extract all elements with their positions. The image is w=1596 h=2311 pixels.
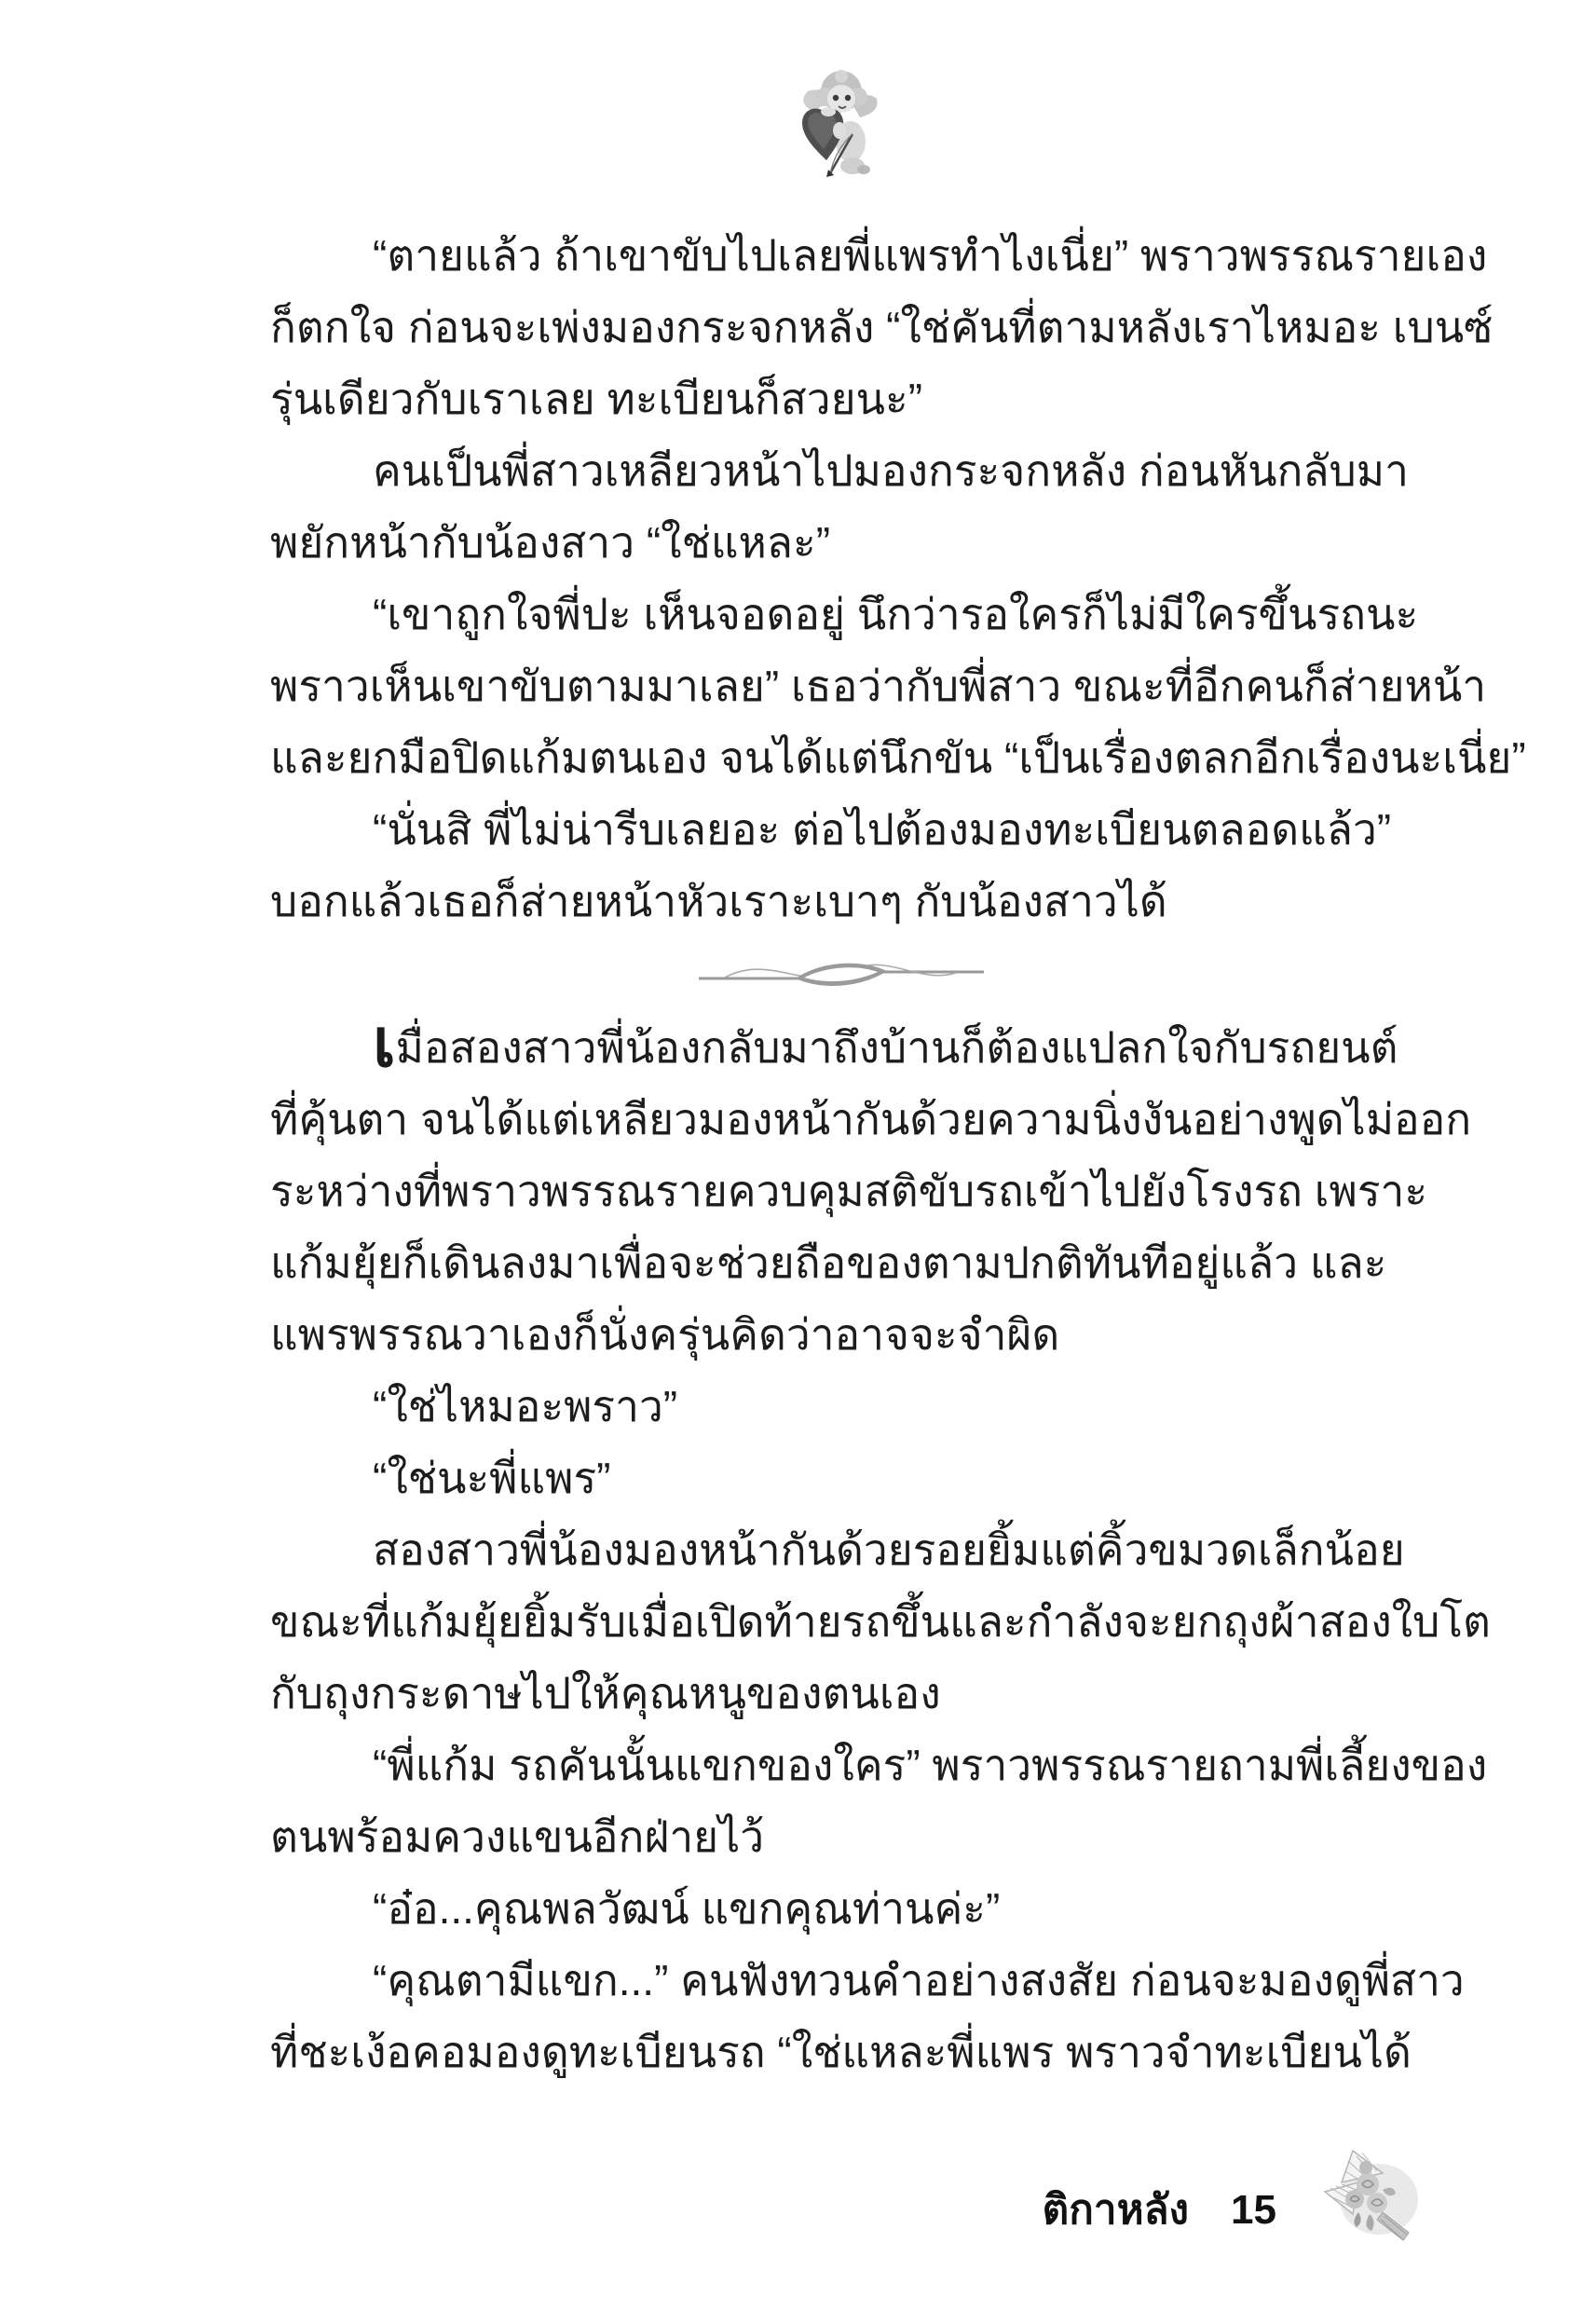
paragraph: “คุณตามีแขก...” คนฟังทวนคำอย่างสงสัย ก่อ…	[270, 1945, 1412, 2088]
text-line: ตนพร้อมควงแขนอีกฝ่ายไว้	[270, 1801, 1412, 1873]
text-line: ที่คุ้นตา จนได้แต่เหลียวมองหน้ากันด้วยคว…	[270, 1084, 1412, 1155]
paragraph: เมื่อสองสาวพี่น้องกลับมาถึงบ้านก็ต้องแปล…	[270, 1012, 1412, 1371]
paragraph: “ใช่นะพี่แพร”	[270, 1443, 1412, 1514]
book-page: “ตายแล้ว ถ้าเขาขับไปเลยพี่แพรทำไงเนี่ย” …	[0, 0, 1596, 2311]
text-line: พยักหน้ากับน้องสาว “ใช่แหละ”	[270, 507, 1412, 579]
text-line: “เขาถูกใจพี่ปะ เห็นจอดอยู่ นึกว่ารอใครก็…	[270, 579, 1412, 650]
text-line: คนเป็นพี่สาวเหลียวหน้าไปมองกระจกหลัง ก่อ…	[270, 435, 1412, 507]
text-line: และยกมือปิดแก้มตนเอง จนได้แต่นึกขัน “เป็…	[270, 722, 1412, 794]
text-line: บอกแล้วเธอก็ส่ายหน้าหัวเราะเบาๆ กับน้องส…	[270, 866, 1412, 937]
text-line: รุ่นเดียวกับเราเลย ทะเบียนก็สวยนะ”	[270, 363, 1412, 435]
paragraph: สองสาวพี่น้องมองหน้ากันด้วยรอยยิ้มแต่คิ้…	[270, 1514, 1412, 1730]
text-line: “คุณตามีแขก...” คนฟังทวนคำอย่างสงสัย ก่อ…	[270, 1945, 1412, 2017]
paragraph: “ใช่ไหมอะพราว”	[270, 1371, 1412, 1443]
text-line: “ตายแล้ว ถ้าเขาขับไปเลยพี่แพรทำไงเนี่ย” …	[270, 220, 1412, 292]
text-line: แพรพรรณวาเองก็นั่งครุ่นคิดว่าอาจจะจำผิด	[270, 1299, 1412, 1371]
text-line: “นั่นสิ พี่ไม่น่ารีบเลยอะ ต่อไปต้องมองทะ…	[270, 794, 1412, 866]
cupid-heart-icon	[795, 63, 884, 179]
text-line: แก้มยุ้ยก็เดินลงมาเพื่อจะช่วยถือของตามปก…	[270, 1227, 1412, 1299]
text-line: ขณะที่แก้มยุ้ยยิ้มรับเมื่อเปิดท้ายรถขึ้น…	[270, 1586, 1412, 1658]
drop-cap: เ	[373, 1006, 396, 1081]
page-footer: ติกาหลัง15	[270, 2182, 1276, 2238]
text-line: เมื่อสองสาวพี่น้องกลับมาถึงบ้านก็ต้องแปล…	[270, 1012, 1412, 1084]
text-line: “อ๋อ...คุณพลวัฒน์ แขกคุณท่านค่ะ”	[270, 1873, 1412, 1945]
paragraph: “พี่แก้ม รถคันนั้นแขกของใคร” พราวพรรณราย…	[270, 1730, 1412, 1873]
text-line: “ใช่ไหมอะพราว”	[270, 1371, 1412, 1443]
text-line: ระหว่างที่พราวพรรณรายควบคุมสติขับรถเข้าไ…	[270, 1155, 1412, 1227]
page-number: 15	[1231, 2182, 1276, 2238]
text-line: กับถุงกระดาษไปให้คุณหนูของตนเอง	[270, 1658, 1412, 1730]
story-section-2: เมื่อสองสาวพี่น้องกลับมาถึงบ้านก็ต้องแปล…	[270, 1012, 1412, 2088]
text-line: สองสาวพี่น้องมองหน้ากันด้วยรอยยิ้มแต่คิ้…	[270, 1514, 1412, 1586]
text-line: ก็ตกใจ ก่อนจะเพ่งมองกระจกหลัง “ใช่คันที่…	[270, 292, 1412, 363]
section-divider	[270, 937, 1412, 1012]
paragraph: “เขาถูกใจพี่ปะ เห็นจอดอยู่ นึกว่ารอใครก็…	[270, 579, 1412, 794]
text-line: พราวเห็นเขาขับตามมาเลย” เธอว่ากับพี่สาว …	[270, 650, 1412, 722]
story-section-1: “ตายแล้ว ถ้าเขาขับไปเลยพี่แพรทำไงเนี่ย” …	[270, 220, 1412, 937]
paragraph: “นั่นสิ พี่ไม่น่ารีบเลยอะ ต่อไปต้องมองทะ…	[270, 794, 1412, 937]
paragraph: คนเป็นพี่สาวเหลียวหน้าไปมองกระจกหลัง ก่อ…	[270, 435, 1412, 579]
text-line: “พี่แก้ม รถคันนั้นแขกของใคร” พราวพรรณราย…	[270, 1730, 1412, 1801]
paragraph: “อ๋อ...คุณพลวัฒน์ แขกคุณท่านค่ะ”	[270, 1873, 1412, 1945]
swash-divider-icon	[697, 958, 986, 991]
flower-bouquet-icon	[1316, 2141, 1425, 2253]
paragraph: “ตายแล้ว ถ้าเขาขับไปเลยพี่แพรทำไงเนี่ย” …	[270, 220, 1412, 435]
running-title: ติกาหลัง	[1043, 2187, 1189, 2233]
text-line: ที่ชะเง้อคอมองดูทะเบียนรถ “ใช่แหละพี่แพร…	[270, 2017, 1412, 2088]
text-line: “ใช่นะพี่แพร”	[270, 1443, 1412, 1514]
story-text: “ตายแล้ว ถ้าเขาขับไปเลยพี่แพรทำไงเนี่ย” …	[270, 220, 1412, 2088]
